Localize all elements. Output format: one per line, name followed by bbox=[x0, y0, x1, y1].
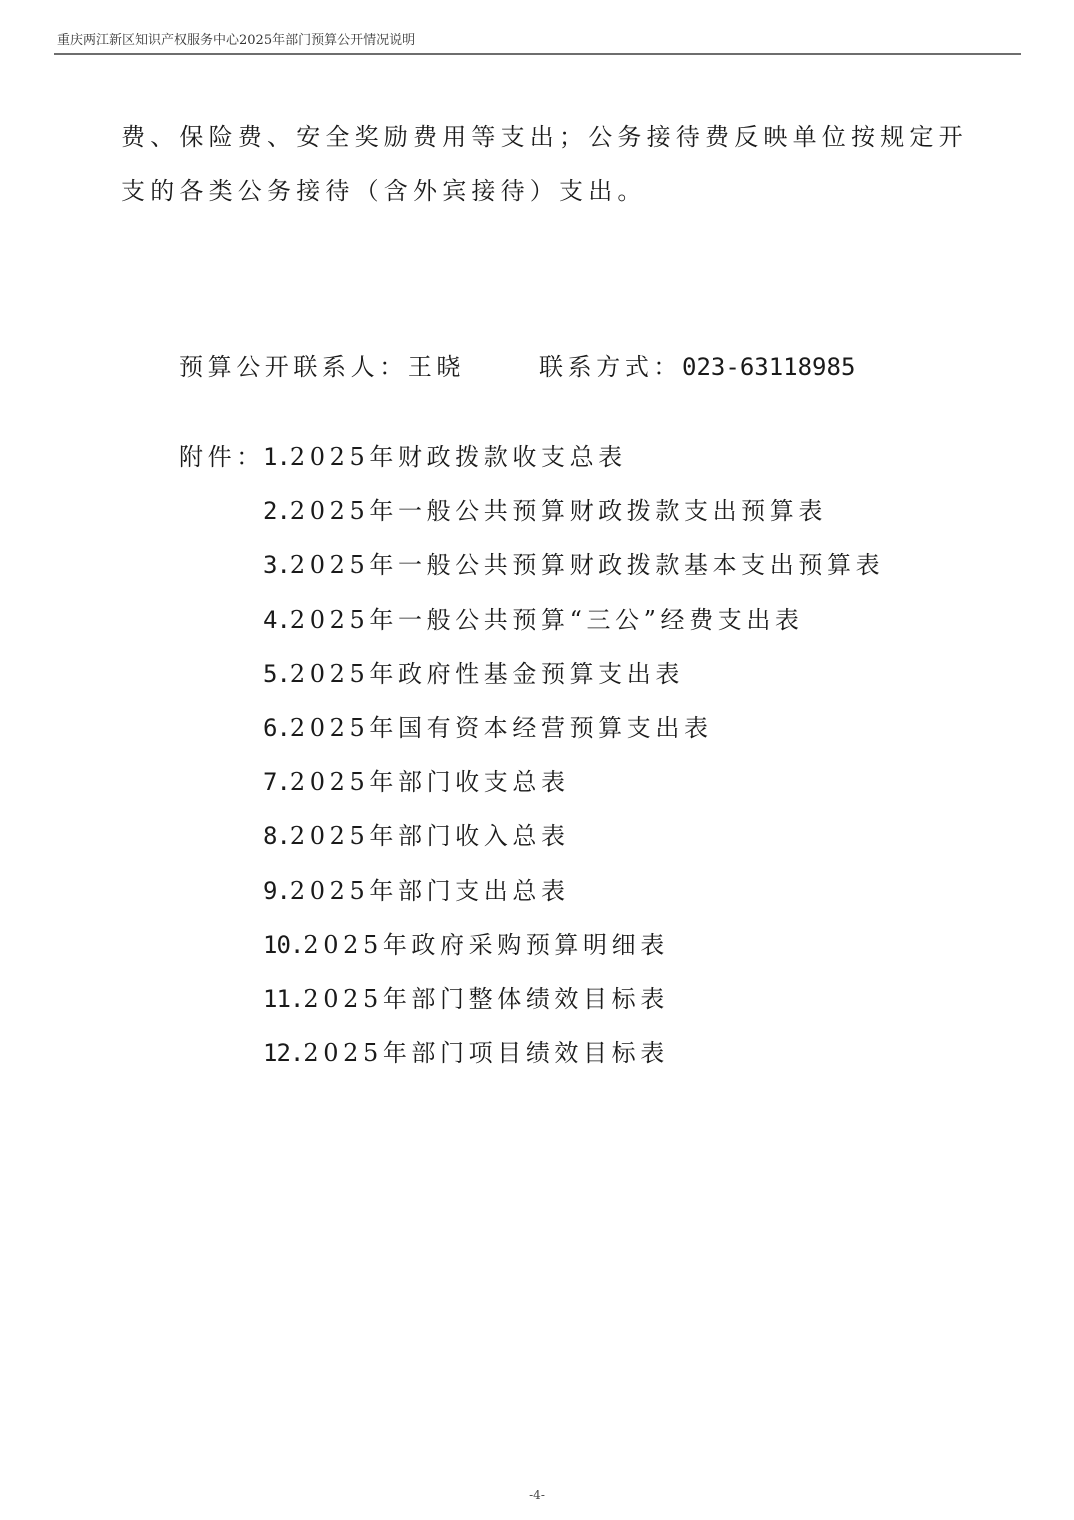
contact-method-label: 联系方式： bbox=[539, 353, 682, 381]
attachment-item: 2.2025年一般公共预算财政拨款支出预算表 bbox=[179, 491, 884, 545]
attachment-item: 10.2025年政府采购预算明细表 bbox=[179, 925, 884, 979]
contact-info: 预算公开联系人：王晓联系方式：023-63118985 bbox=[179, 347, 855, 382]
attachment-item: 6.2025年国有资本经营预算支出表 bbox=[179, 708, 884, 762]
contact-phone: 023-63118985 bbox=[682, 353, 855, 381]
contact-person-name: 王晓 bbox=[408, 353, 465, 381]
attachment-item: 4.2025年一般公共预算“三公”经费支出表 bbox=[179, 600, 884, 654]
attachments-list: 附件：1.2025年财政拨款收支总表 2.2025年一般公共预算财政拨款支出预算… bbox=[179, 437, 884, 1087]
attachment-item: 7.2025年部门收支总表 bbox=[179, 762, 884, 816]
attachment-item: 9.2025年部门支出总表 bbox=[179, 871, 884, 925]
running-header: 重庆两江新区知识产权服务中心2025年部门预算公开情况说明 bbox=[57, 29, 415, 48]
paragraph-line: 支的各类公务接待（含外宾接待）支出。 bbox=[121, 164, 981, 218]
attachment-item: 附件：1.2025年财政拨款收支总表 bbox=[179, 437, 884, 491]
attachment-item: 8.2025年部门收入总表 bbox=[179, 816, 884, 870]
attachment-item: 12.2025年部门项目绩效目标表 bbox=[179, 1033, 884, 1087]
body-paragraph: 费、保险费、安全奖励费用等支出；公务接待费反映单位按规定开 支的各类公务接待（含… bbox=[121, 110, 981, 218]
attachment-item: 3.2025年一般公共预算财政拨款基本支出预算表 bbox=[179, 545, 884, 599]
page-number: -4- bbox=[0, 1488, 1074, 1502]
attachment-item: 11.2025年部门整体绩效目标表 bbox=[179, 979, 884, 1033]
header-divider bbox=[54, 53, 1021, 55]
attachment-item: 5.2025年政府性基金预算支出表 bbox=[179, 654, 884, 708]
paragraph-line: 费、保险费、安全奖励费用等支出；公务接待费反映单位按规定开 bbox=[121, 110, 981, 164]
contact-person-label: 预算公开联系人： bbox=[179, 353, 408, 381]
attachments-label: 附件： bbox=[179, 437, 263, 477]
